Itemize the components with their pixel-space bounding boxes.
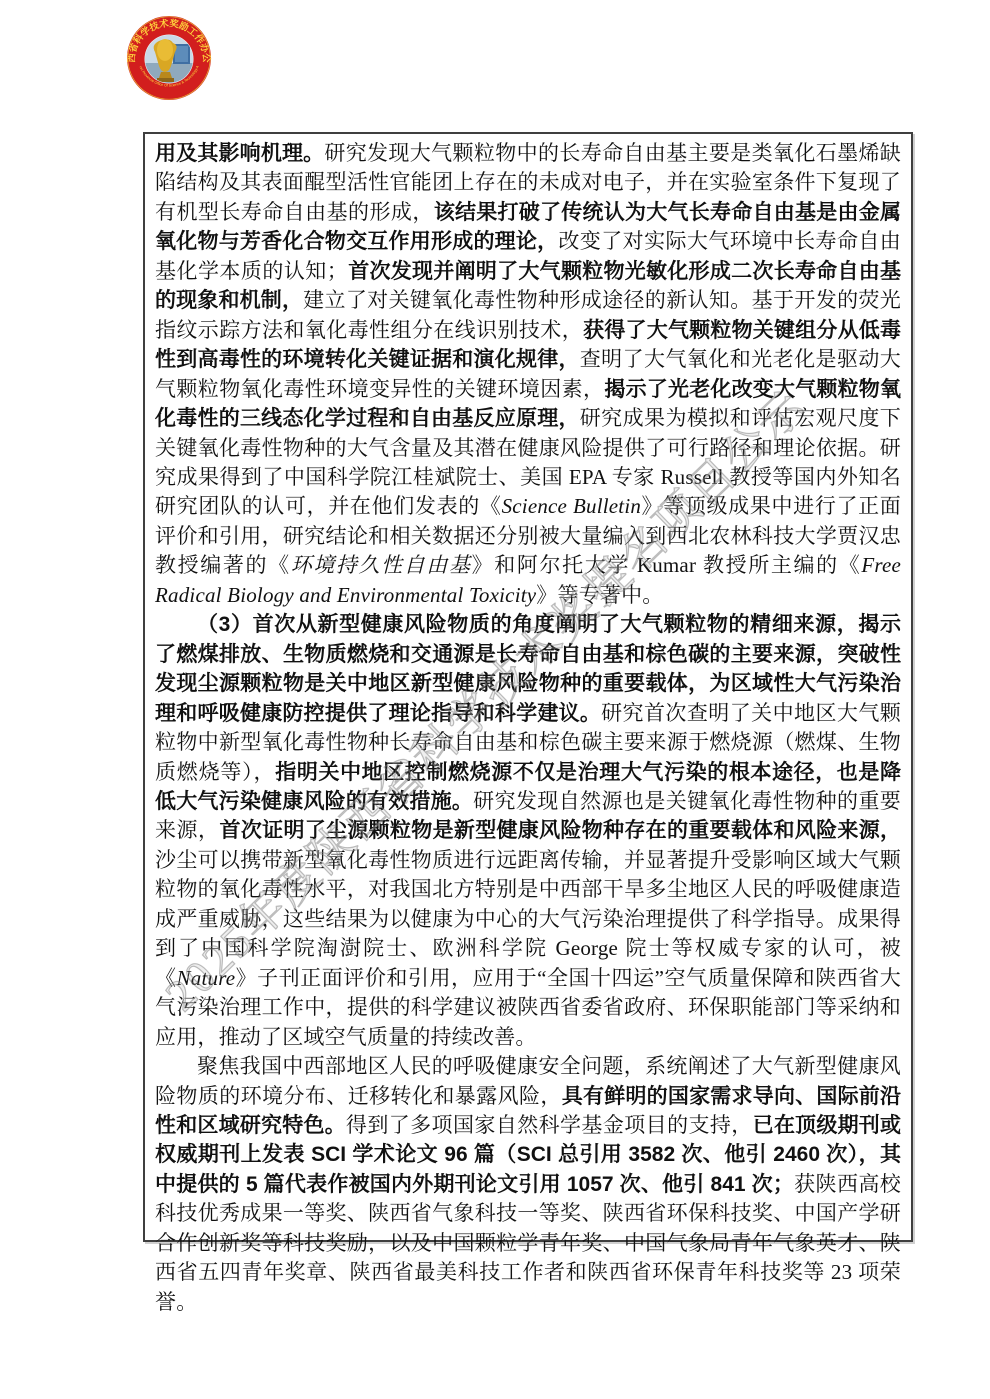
- text-run: 》和阿尔托大学 Kumar 教授所主编的《: [472, 553, 862, 577]
- text-run: Science Bulletin: [502, 494, 642, 518]
- agency-seal-logo: 陕西省科学技术奖励工作办公室 Shaanxi Provincial Office…: [126, 15, 212, 101]
- document-content-box: 用及其影响机理。研究发现大气颗粒物中的长寿命自由基主要是类氧化石墨烯缺陷结构及其…: [143, 132, 913, 1242]
- text-run: 》等专著中。: [536, 583, 663, 607]
- paragraph-container: 用及其影响机理。研究发现大气颗粒物中的长寿命自由基主要是类氧化石墨烯缺陷结构及其…: [155, 139, 901, 1317]
- paragraph: 用及其影响机理。研究发现大气颗粒物中的长寿命自由基主要是类氧化石墨烯缺陷结构及其…: [155, 139, 901, 610]
- paragraph: （3）首次从新型健康风险物质的角度阐明了大气颗粒物的精细来源，揭示了燃煤排放、生…: [155, 610, 901, 1052]
- text-run: 得到了多项国家自然科学基金项目的支持，: [346, 1113, 753, 1137]
- seal-graphic: 陕西省科学技术奖励工作办公室 Shaanxi Provincial Office…: [126, 15, 212, 101]
- text-run: Nature: [177, 966, 236, 990]
- document-page: { "watermark": { "text": "2025年度陕西省科学技术奖…: [0, 0, 990, 1399]
- text-run: 环境持久性自由基: [291, 553, 472, 577]
- seal-photo: [145, 35, 193, 83]
- text-run: 用及其影响机理。: [155, 142, 324, 165]
- text-run: 》子刊正面评价和引用，应用于“全国十四运”空气质量保障和陕西省大气污染治理工作中…: [155, 966, 901, 1049]
- paragraph: 聚焦我国中西部地区人民的呼吸健康安全问题，系统阐述了大气新型健康风险物质的环境分…: [155, 1052, 901, 1317]
- text-run: 首次证明了尘源颗粒物是新型健康风险物种存在的重要载体和风险来源，: [220, 819, 901, 842]
